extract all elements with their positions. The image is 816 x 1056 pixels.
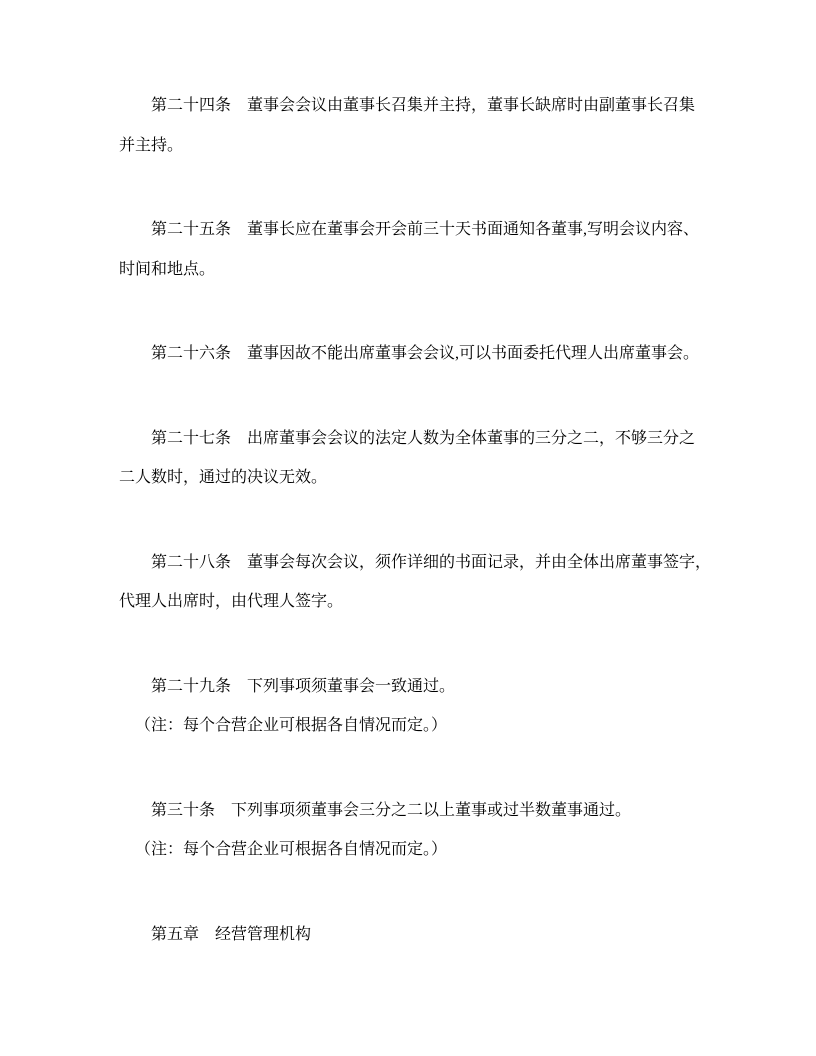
text-line: 第二十八条 董事会每次会议，须作详细的书面记录，并由全体出席董事签字，	[119, 543, 698, 583]
article-26: 第二十六条 董事因故不能出席董事会会议,可以书面委托代理人出席董事会。	[119, 334, 698, 374]
chapter-5-heading: 第五章 经营管理机构	[119, 915, 698, 955]
text-line: 代理人出席时，由代理人签字。	[119, 582, 698, 622]
text-line: 时间和地点。	[119, 250, 698, 290]
article-24: 第二十四条 董事会会议由董事长召集并主持，董事长缺席时由副董事长召集 并主持。	[119, 86, 698, 165]
text-line: 第二十六条 董事因故不能出席董事会会议,可以书面委托代理人出席董事会。	[119, 334, 698, 374]
text-line: 第三十条 下列事项须董事会三分之二以上董事或过半数董事通过。	[119, 791, 698, 831]
document-page: 第二十四条 董事会会议由董事长召集并主持，董事长缺席时由副董事长召集 并主持。 …	[0, 0, 816, 1056]
text-line: 第二十四条 董事会会议由董事长召集并主持，董事长缺席时由副董事长召集	[119, 86, 698, 126]
text-line: 并主持。	[119, 126, 698, 166]
article-25: 第二十五条 董事长应在董事会开会前三十天书面通知各董事,写明会议内容、 时间和地…	[119, 210, 698, 289]
document-content: 第二十四条 董事会会议由董事长召集并主持，董事长缺席时由副董事长召集 并主持。 …	[0, 0, 816, 954]
chapter-title-line: 第五章 经营管理机构	[119, 915, 698, 955]
note-line: （注：每个合营企业可根据各自情况而定。）	[119, 706, 698, 746]
article-29: 第二十九条 下列事项须董事会一致通过。 （注：每个合营企业可根据各自情况而定。）	[119, 667, 698, 746]
text-line: 二人数时，通过的决议无效。	[119, 458, 698, 498]
text-line: 第二十五条 董事长应在董事会开会前三十天书面通知各董事,写明会议内容、	[119, 210, 698, 250]
article-30: 第三十条 下列事项须董事会三分之二以上董事或过半数董事通过。 （注：每个合营企业…	[119, 791, 698, 870]
article-27: 第二十七条 出席董事会会议的法定人数为全体董事的三分之二，不够三分之 二人数时，…	[119, 419, 698, 498]
text-line: 第二十九条 下列事项须董事会一致通过。	[119, 667, 698, 707]
note-line: （注：每个合营企业可根据各自情况而定。）	[119, 830, 698, 870]
text-line: 第二十七条 出席董事会会议的法定人数为全体董事的三分之二，不够三分之	[119, 419, 698, 459]
article-28: 第二十八条 董事会每次会议，须作详细的书面记录，并由全体出席董事签字， 代理人出…	[119, 543, 698, 622]
